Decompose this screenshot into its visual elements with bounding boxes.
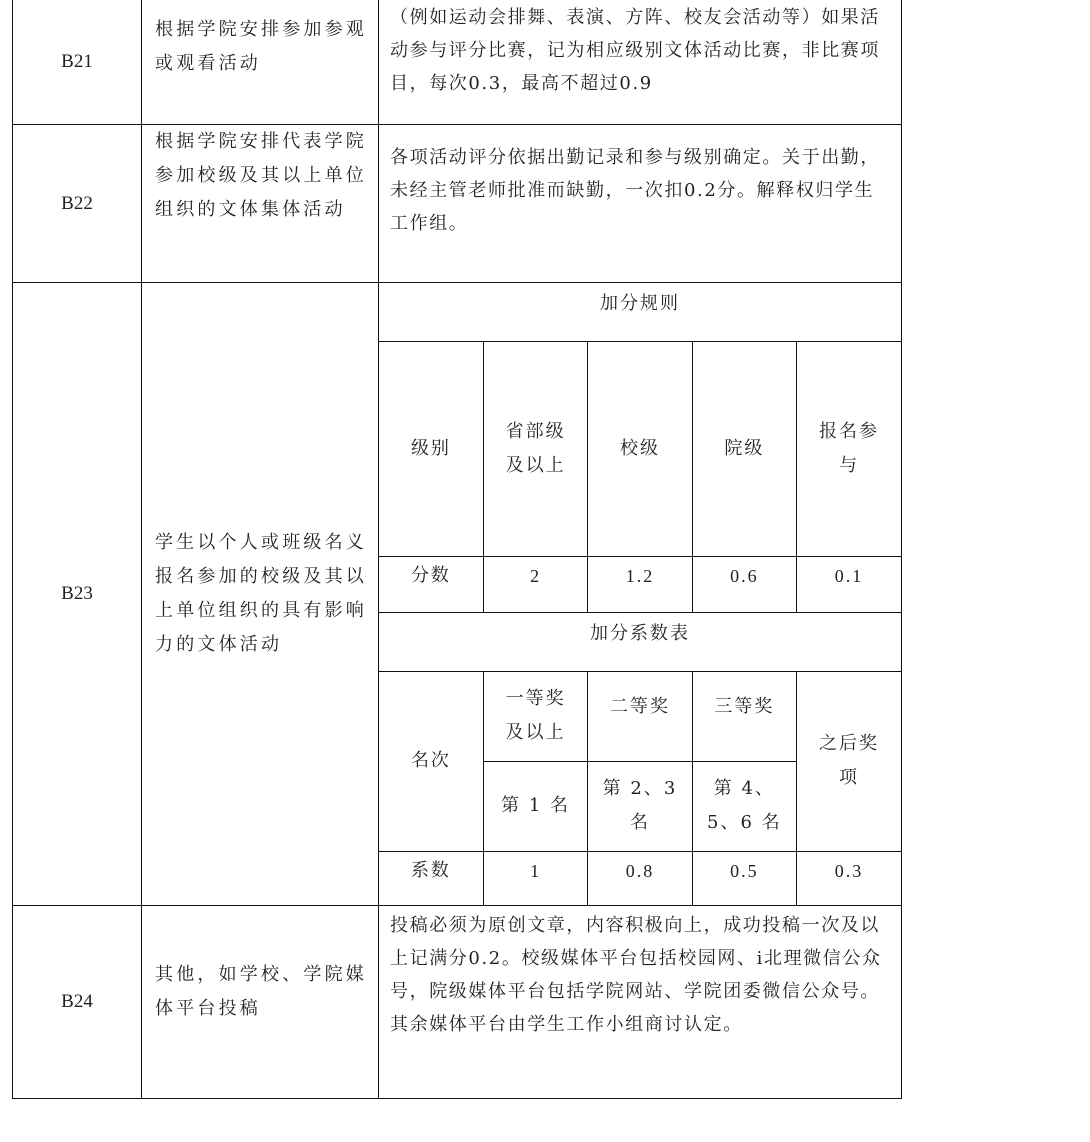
coef-cell: 0.5 xyxy=(692,851,796,905)
item-code: B23 xyxy=(13,283,142,906)
table-row-b23: B23 学生以个人或班级名义报名参加的校级及其以上单位组织的具有影响力的文体活动… xyxy=(13,283,902,906)
b23-rule-tables: 加分规则 级别 省部级及以上 校级 院级 报名参与 分数 2 1.2 0.6 0… xyxy=(379,283,902,906)
coefficient-table: 加分系数表 名次 一等奖及以上 二等奖 三等奖 之后奖项 第 1 名 第 2、3… xyxy=(379,612,901,906)
level-header: 级别 xyxy=(379,342,483,557)
table-row-b22: B22 根据学院安排代表学院参加校级及其以上单位组织的文体集体活动 各项活动评分… xyxy=(13,125,902,283)
level-cell: 院级 xyxy=(692,342,796,557)
score-cell: 0.6 xyxy=(692,557,796,612)
scoring-document: B21 根据学院安排参加参观或观看活动 （例如运动会排舞、表演、方阵、校友会活动… xyxy=(12,0,901,1099)
score-cell: 1.2 xyxy=(588,557,692,612)
coef-cell: 0.8 xyxy=(588,851,692,905)
bonus-rules-table: 加分规则 级别 省部级及以上 校级 院级 报名参与 分数 2 1.2 0.6 0… xyxy=(379,283,901,612)
item-description: 其他，如学校、学院媒体平台投稿 xyxy=(142,906,379,1099)
coef-header: 系数 xyxy=(379,851,483,905)
score-cell: 2 xyxy=(483,557,587,612)
score-cell: 0.1 xyxy=(797,557,901,612)
item-code: B24 xyxy=(13,906,142,1099)
table-row-b21: B21 根据学院安排参加参观或观看活动 （例如运动会排舞、表演、方阵、校友会活动… xyxy=(13,0,902,125)
item-rule: 投稿必须为原创文章，内容积极向上，成功投稿一次及以上记满分0.2。校级媒体平台包… xyxy=(379,906,902,1099)
table-row-b24: B24 其他，如学校、学院媒体平台投稿 投稿必须为原创文章，内容积极向上，成功投… xyxy=(13,906,902,1099)
item-description: 根据学院安排参加参观或观看活动 xyxy=(142,0,379,125)
rank-header: 名次 xyxy=(379,671,483,851)
award-cell: 三等奖 xyxy=(692,671,796,761)
level-cell: 校级 xyxy=(588,342,692,557)
item-rule: （例如运动会排舞、表演、方阵、校友会活动等）如果活动参与评分比赛，记为相应级别文… xyxy=(379,0,902,125)
level-cell: 报名参与 xyxy=(797,342,901,557)
award-cell: 之后奖项 xyxy=(797,671,901,851)
item-code: B22 xyxy=(13,125,142,283)
item-code: B21 xyxy=(13,0,142,125)
coefficient-title: 加分系数表 xyxy=(379,612,901,671)
scoring-table: B21 根据学院安排参加参观或观看活动 （例如运动会排舞、表演、方阵、校友会活动… xyxy=(12,0,902,1099)
level-cell: 省部级及以上 xyxy=(483,342,587,557)
item-description: 根据学院安排代表学院参加校级及其以上单位组织的文体集体活动 xyxy=(142,125,379,283)
award-cell: 二等奖 xyxy=(588,671,692,761)
coef-cell: 1 xyxy=(483,851,587,905)
coef-cell: 0.3 xyxy=(797,851,901,905)
bonus-rules-title: 加分规则 xyxy=(379,283,901,342)
score-header: 分数 xyxy=(379,557,483,612)
place-cell: 第 4、5、6 名 xyxy=(692,761,796,851)
award-cell: 一等奖及以上 xyxy=(483,671,587,761)
place-cell: 第 1 名 xyxy=(483,761,587,851)
item-description: 学生以个人或班级名义报名参加的校级及其以上单位组织的具有影响力的文体活动 xyxy=(142,283,379,906)
item-rule: 各项活动评分依据出勤记录和参与级别确定。关于出勤，未经主管老师批准而缺勤，一次扣… xyxy=(379,125,902,283)
place-cell: 第 2、3 名 xyxy=(588,761,692,851)
